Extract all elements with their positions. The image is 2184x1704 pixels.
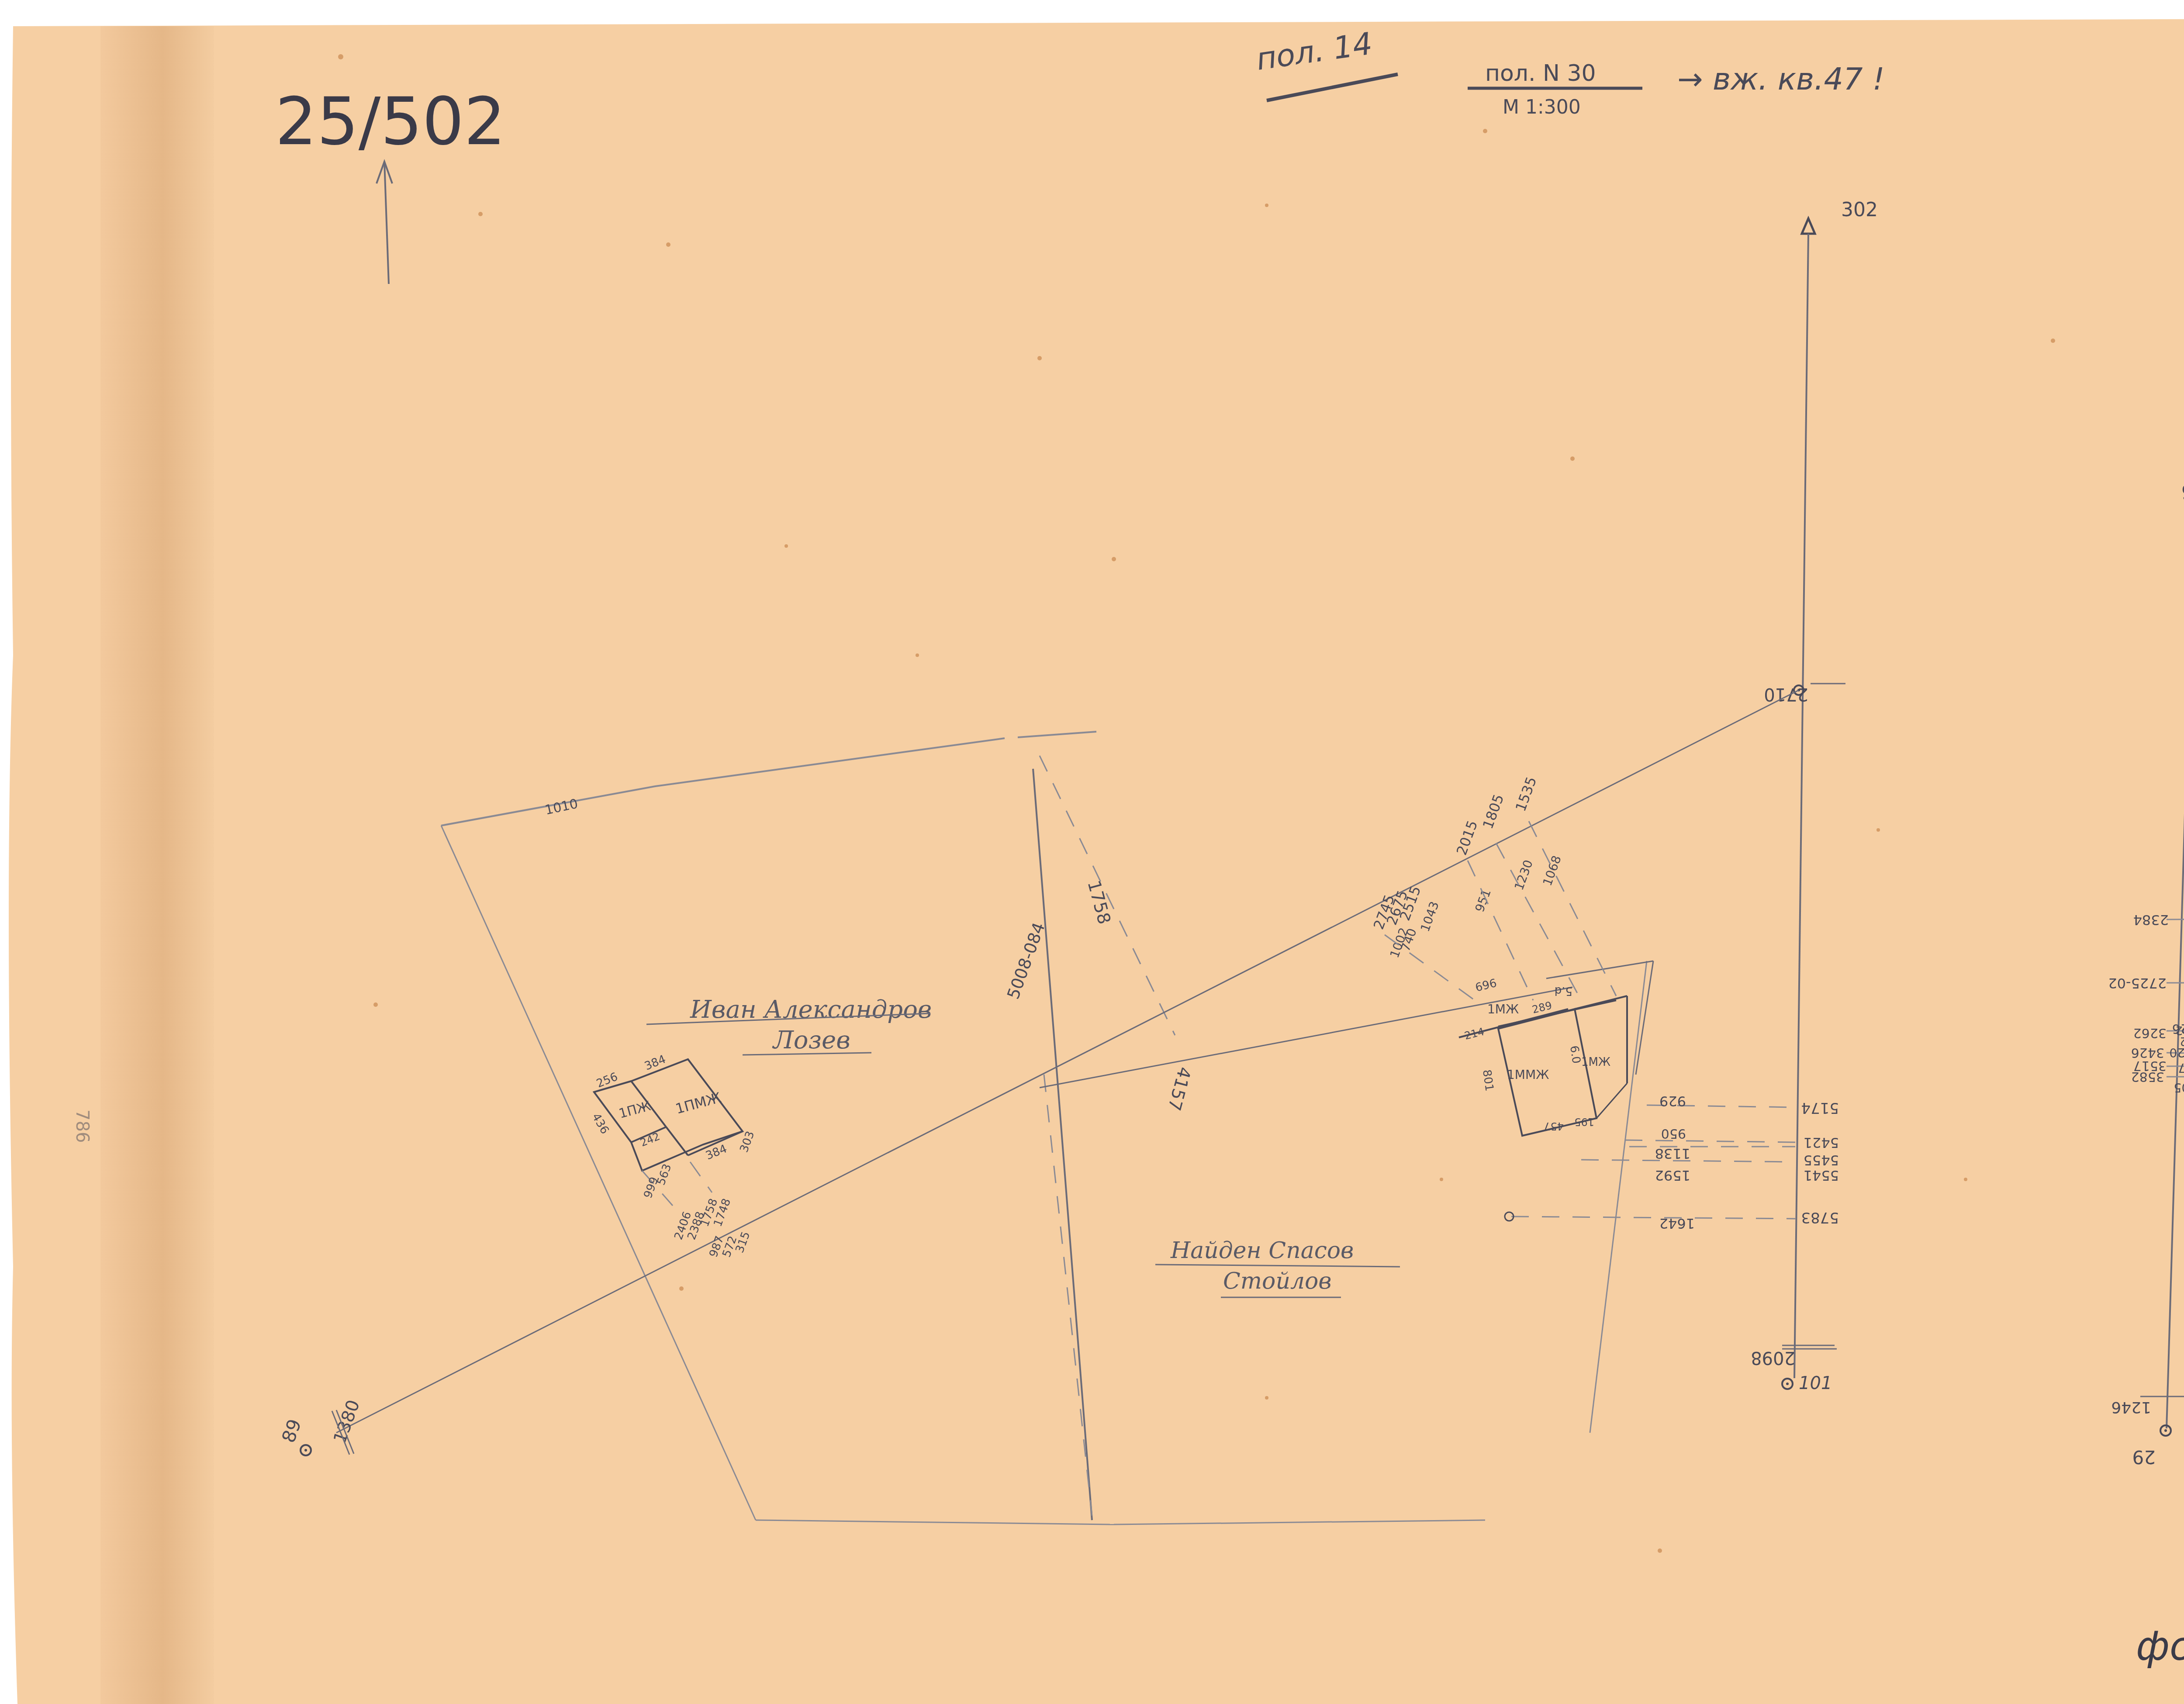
tie-chainage-2725: 2725-02 <box>2108 975 2167 992</box>
tie-chainage-5421: 5421 <box>1804 1134 1839 1151</box>
sheet-number: 25/502 <box>275 84 506 160</box>
station-36-label: 36 <box>2181 480 2184 502</box>
tie-offset-1138: 1138 <box>1655 1145 1690 1162</box>
middle-building-label-1: 1МЖ <box>1487 1002 1519 1016</box>
station-101-label: 101 <box>1799 1373 1832 1393</box>
plan-title: пол. N 30 <box>1485 60 1596 86</box>
station-302-label: 302 <box>1841 199 1878 221</box>
tie-chainage-2384: 2384 <box>2133 912 2169 928</box>
tie-offset-737: 737 <box>2178 1061 2184 1075</box>
binding-strip <box>100 26 214 1704</box>
tie-chainage-5174: 5174 <box>1801 1099 1839 1116</box>
survey-drawing: 25/502 пол. 14 пол. N 30 М 1:300 → вж. к… <box>0 0 2184 1704</box>
station-2710-label: 2710 <box>1764 684 1808 704</box>
tie-chainage-5541: 5541 <box>1804 1167 1839 1184</box>
tie-offset-950: 950 <box>1661 1126 1686 1141</box>
survey-sheet: 25/502 пол. 14 пол. N 30 М 1:300 → вж. к… <box>0 0 2184 1704</box>
side-5d: 5.d <box>1555 984 1572 997</box>
bottom-code: фо-1 <box>2136 1624 2184 1669</box>
station-2098-label: 2098 <box>1751 1348 1795 1368</box>
tie-offset-1592: 1592 <box>1655 1167 1690 1184</box>
tie-offset-929: 929 <box>1659 1093 1686 1110</box>
station-1246-label: 1246 <box>2111 1398 2151 1416</box>
tie-chainage-5783: 5783 <box>1801 1209 1839 1226</box>
side-195: 195 <box>1574 1116 1594 1128</box>
owner-middle-name: Найден Спасов <box>1170 1237 1354 1264</box>
cross-reference: → вж. кв.47 ! <box>1677 61 1885 97</box>
owner-middle-surname: Стойлов <box>1223 1268 1332 1294</box>
side-457: 457 <box>1544 1120 1564 1132</box>
middle-building-label-3: 1МЖ <box>1581 1056 1610 1069</box>
tie-offset-220: 220 <box>2170 1045 2184 1060</box>
tie-chainage-3262: 3262 <box>2133 1025 2167 1040</box>
tie-offset-605: 605 <box>2174 1080 2184 1095</box>
middle-building-label-2: 1ММЖ <box>1507 1068 1549 1082</box>
side-6-0: 6.0 <box>1567 1045 1583 1065</box>
tie-chainage-3426: 3426 <box>2131 1045 2164 1060</box>
owner-left-name: Иван Александров <box>690 995 932 1024</box>
tie-offset-1642: 1642 <box>1659 1215 1695 1232</box>
tie-chainage-5455: 5455 <box>1804 1152 1839 1168</box>
tie-chainage-3582: 3582 <box>2131 1069 2164 1084</box>
plan-scale: М 1:300 <box>1503 96 1581 118</box>
margin-note: 786 <box>72 1110 92 1143</box>
owner-left-surname: Лозев <box>772 1026 850 1054</box>
tie-offset-326: 326 <box>2172 1021 2184 1036</box>
station-29-label: 29 <box>2132 1446 2156 1468</box>
paper <box>9 17 2184 1704</box>
